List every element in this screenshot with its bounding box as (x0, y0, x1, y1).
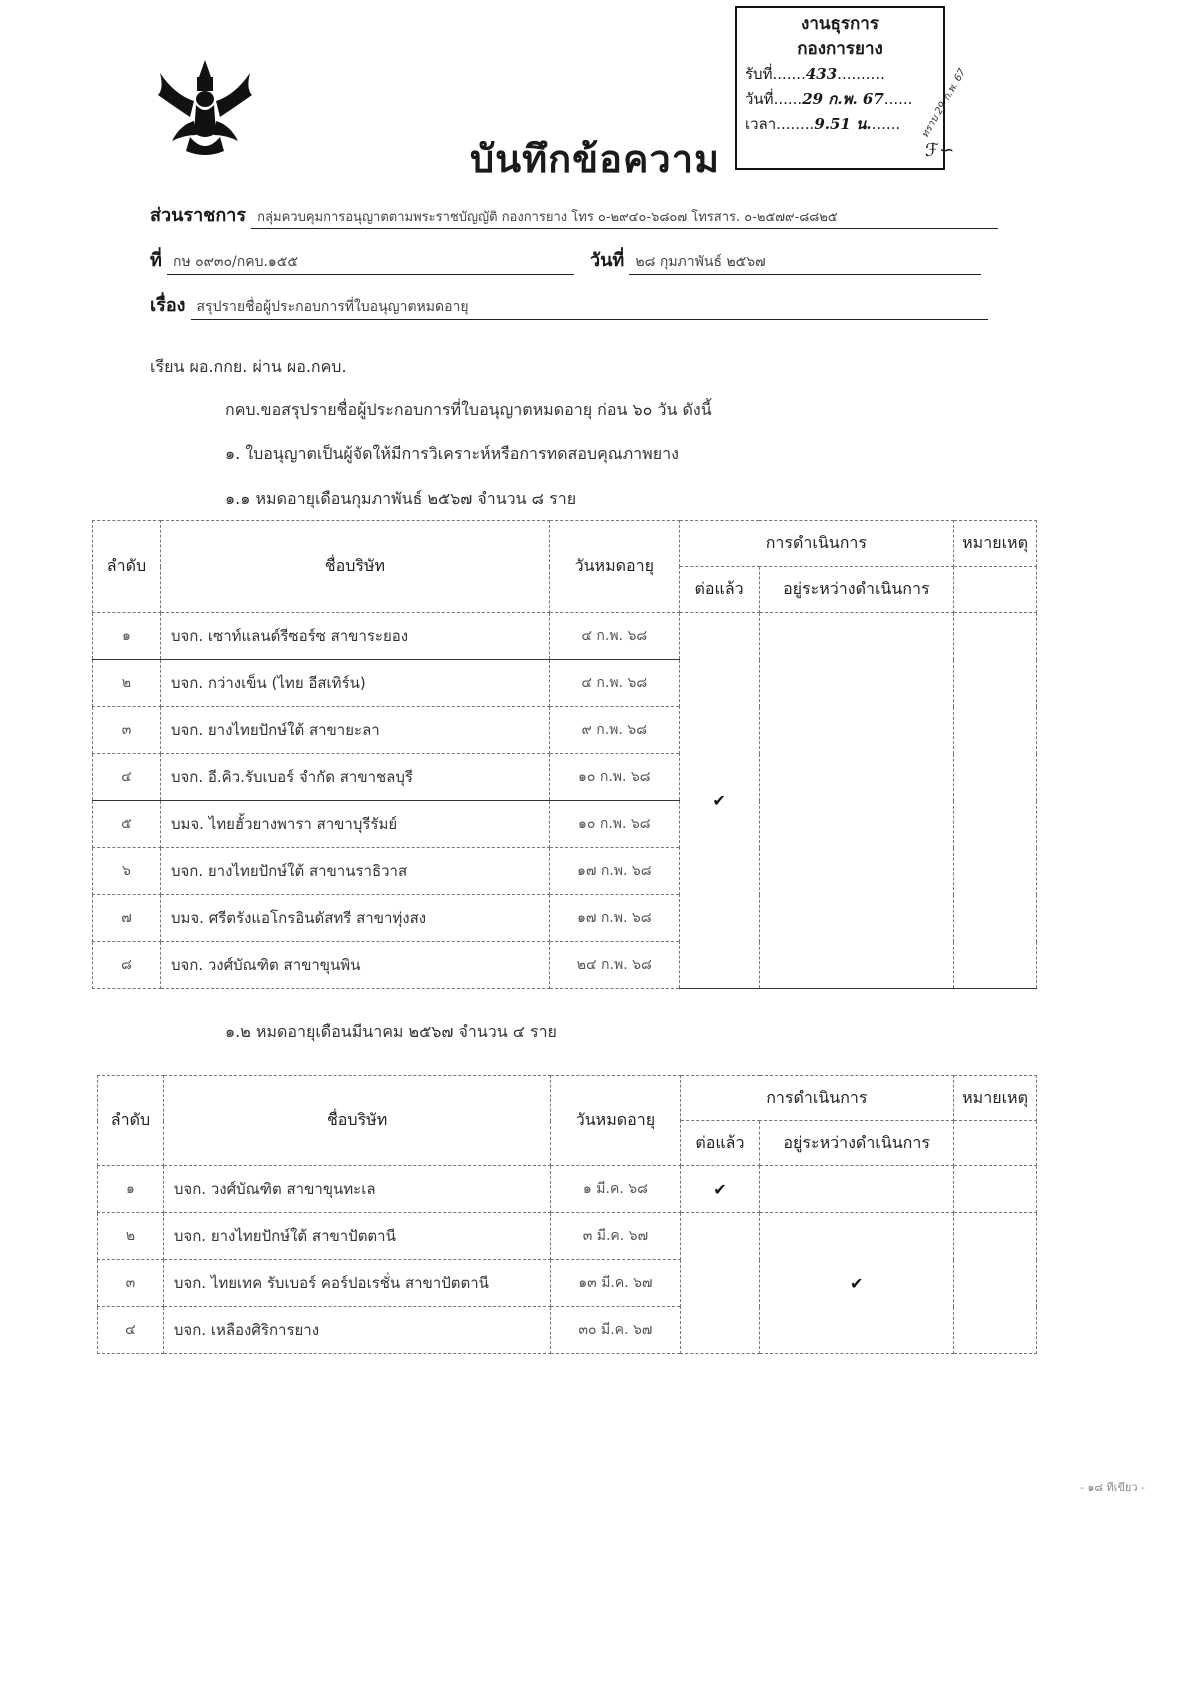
expiry-table-february: ลำดับ ชื่อบริษัท วันหมดอายุ การดำเนินการ… (92, 520, 1037, 989)
col-header-action: การดำเนินการ (680, 1076, 954, 1121)
renewed-check-icon: ✔ (679, 613, 759, 989)
company-name: บมจ. ไทยฮั้วยางพารา สาขาบุรีรัมย์ (160, 801, 549, 848)
stamp-unit: งานธุรการ (745, 12, 935, 37)
company-name: บจก. เหลืองศิริการยาง (163, 1307, 550, 1354)
table-row: ๑บจก. วงศ์บัณฑิต สาขาขุนทะเล๑ มี.ค. ๖๘✔ (98, 1166, 1037, 1213)
col-header-remarks: หมายเหตุ (954, 1076, 1037, 1121)
company-name: บจก. ยางไทยปักษ์ใต้ สาขานราธิวาส (160, 848, 549, 895)
expiry-date: ๔ ก.พ. ๖๘ (549, 660, 679, 707)
col-header-renewed: ต่อแล้ว (680, 1121, 760, 1166)
row-number: ๓ (98, 1260, 164, 1307)
remarks-cell (954, 613, 1037, 989)
subject-value: สรุปรายชื่อผู้ประกอบการที่ใบอนุญาตหมดอาย… (191, 296, 988, 320)
handwritten-signature: ℱ∽ (925, 140, 954, 161)
table-row: ๑บจก. เซาท์แลนด์รีซอร์ซ สาขาระยอง๔ ก.พ. … (93, 613, 1037, 660)
expiry-date: ๓๐ มี.ค. ๖๗ (551, 1307, 680, 1354)
row-number: ๔ (98, 1307, 164, 1354)
expiry-date: ๑ มี.ค. ๖๘ (551, 1166, 680, 1213)
row-number: ๕ (93, 801, 161, 848)
stamp-received-no: รับที่.......433.......... (745, 62, 935, 87)
company-name: บจก. ยางไทยปักษ์ใต้ สาขายะลา (160, 707, 549, 754)
col-header-in-progress: อยู่ระหว่างดำเนินการ (759, 567, 954, 613)
department-value: กลุ่มควบคุมการอนุญาตตามพระราชบัญญัติ กอง… (251, 206, 998, 229)
in-progress-cell (759, 613, 954, 989)
col-header-remarks: หมายเหตุ (954, 521, 1037, 567)
company-name: บจก. อี.คิว.รับเบอร์ จำกัด สาขาชลบุรี (160, 754, 549, 801)
table-row: ๒บจก. ยางไทยปักษ์ใต้ สาขาปัตตานี๓ มี.ค. … (98, 1213, 1037, 1260)
company-name: บมจ. ศรีตรังแอโกรอินดัสทรี สาขาทุ่งสง (160, 895, 549, 942)
footer-code: - ๑๘ ทีเขียว - (1080, 1478, 1145, 1496)
department-line: ส่วนราชการ กลุ่มควบคุมการอนุญาตตามพระราช… (150, 200, 998, 229)
expiry-date: ๒๔ ก.พ. ๖๘ (549, 942, 679, 989)
in-progress-cell (760, 1166, 954, 1213)
row-number: ๔ (93, 754, 161, 801)
expiry-date: ๔ ก.พ. ๖๘ (549, 613, 679, 660)
row-number: ๗ (93, 895, 161, 942)
intro-paragraph: กคบ.ขอสรุปรายชื่อผู้ประกอบการที่ใบอนุญาต… (225, 398, 712, 423)
expiry-table-march: ลำดับ ชื่อบริษัท วันหมดอายุ การดำเนินการ… (97, 1075, 1037, 1354)
company-name: บจก. เซาท์แลนด์รีซอร์ซ สาขาระยอง (160, 613, 549, 660)
col-header-no: ลำดับ (93, 521, 161, 613)
expiry-date: ๑๐ ก.พ. ๖๘ (549, 801, 679, 848)
garuda-emblem-icon (150, 55, 260, 160)
expiry-date: ๑๐ ก.พ. ๖๘ (549, 754, 679, 801)
reference-value: กษ ๐๙๓๐/กคบ.๑๕๕ (167, 251, 574, 275)
renewed-cell (680, 1213, 760, 1354)
col-header-remarks-sub (954, 1121, 1037, 1166)
remarks-cell (954, 1213, 1037, 1354)
stamp-date: วันที่......29 ก.พ. 67...... (745, 87, 935, 112)
stamp-time: เวลา........9.51 น....... (745, 112, 935, 137)
row-number: ๑ (93, 613, 161, 660)
col-header-company: ชื่อบริษัท (163, 1076, 550, 1166)
row-number: ๒ (98, 1213, 164, 1260)
expiry-date: ๑๓ มี.ค. ๖๗ (551, 1260, 680, 1307)
expiry-date: ๑๗ ก.พ. ๖๘ (549, 895, 679, 942)
section-1-heading: ๑. ใบอนุญาตเป็นผู้จัดให้มีการวิเคราะห์หร… (225, 442, 679, 467)
date-line: วันที่ ๒๘ กุมภาพันธ์ ๒๕๖๗ (590, 245, 981, 275)
company-name: บจก. กว่างเข็น (ไทย อีสเทิร์น) (160, 660, 549, 707)
row-number: ๒ (93, 660, 161, 707)
table2-caption: ๑.๒ หมดอายุเดือนมีนาคม ๒๕๖๗ จำนวน ๔ ราย (225, 1020, 557, 1045)
col-header-no: ลำดับ (98, 1076, 164, 1166)
expiry-date: ๑๗ ก.พ. ๖๘ (549, 848, 679, 895)
row-number: ๘ (93, 942, 161, 989)
expiry-date: ๙ ก.พ. ๖๘ (549, 707, 679, 754)
row-number: ๑ (98, 1166, 164, 1213)
col-header-company: ชื่อบริษัท (160, 521, 549, 613)
col-header-action: การดำเนินการ (679, 521, 953, 567)
stamp-division: กองการยาง (745, 37, 935, 62)
col-header-expiry: วันหมดอายุ (549, 521, 679, 613)
col-header-expiry: วันหมดอายุ (551, 1076, 680, 1166)
company-name: บจก. ไทยเทค รับเบอร์ คอร์ปอเรชั่น สาขาปั… (163, 1260, 550, 1307)
date-value: ๒๘ กุมภาพันธ์ ๒๕๖๗ (629, 251, 981, 275)
col-header-remarks-sub (954, 567, 1037, 613)
renewed-check-icon: ✔ (680, 1166, 760, 1213)
row-number: ๖ (93, 848, 161, 895)
subject-line: เรื่อง สรุปรายชื่อผู้ประกอบการที่ใบอนุญา… (150, 290, 988, 320)
company-name: บจก. วงศ์บัณฑิต สาขาขุนพิน (160, 942, 549, 989)
receipt-stamp: งานธุรการ กองการยาง รับที่.......433....… (735, 6, 945, 170)
remarks-cell (954, 1166, 1037, 1213)
row-number: ๓ (93, 707, 161, 754)
company-name: บจก. ยางไทยปักษ์ใต้ สาขาปัตตานี (163, 1213, 550, 1260)
in-progress-check-icon: ✔ (760, 1213, 954, 1354)
company-name: บจก. วงศ์บัณฑิต สาขาขุนทะเล (163, 1166, 550, 1213)
col-header-in-progress: อยู่ระหว่างดำเนินการ (760, 1121, 954, 1166)
memo-title: บันทึกข้อความ (470, 128, 720, 189)
reference-line: ที่ กษ ๐๙๓๐/กคบ.๑๕๕ (150, 245, 574, 275)
table1-caption: ๑.๑ หมดอายุเดือนกุมภาพันธ์ ๒๕๖๗ จำนวน ๘ … (225, 487, 576, 512)
col-header-renewed: ต่อแล้ว (679, 567, 759, 613)
salutation: เรียน ผอ.กกย. ผ่าน ผอ.กคบ. (150, 355, 347, 380)
expiry-date: ๓ มี.ค. ๖๗ (551, 1213, 680, 1260)
